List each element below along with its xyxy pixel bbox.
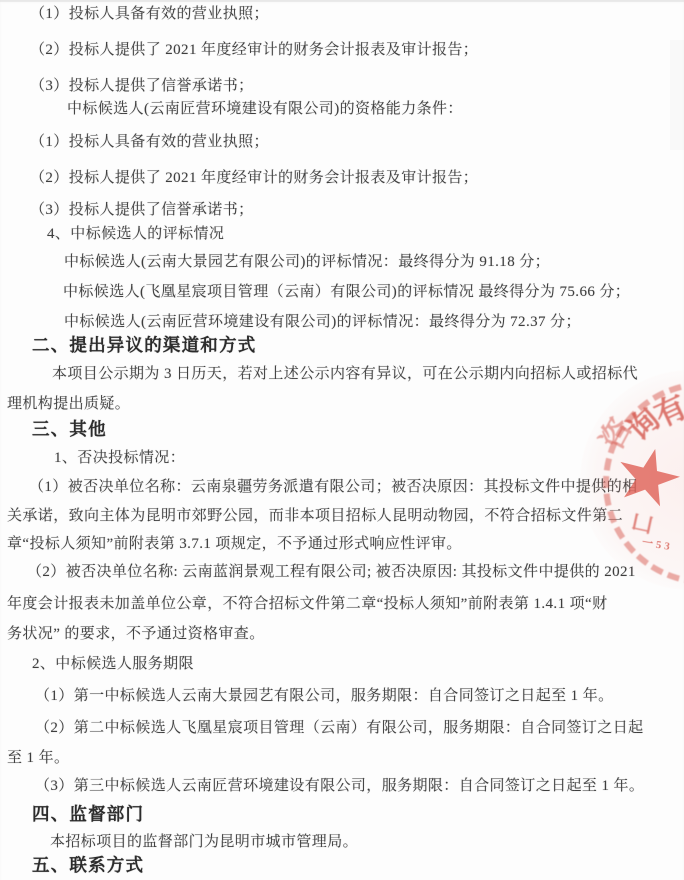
doc-line: 关承诺，致向主体为昆明市郊野公园，而非本项目招标人昆明动物园，不符合招标文件第二 bbox=[7, 508, 623, 525]
seal-arc-text: 有 bbox=[646, 382, 684, 436]
seal-number: 一53 bbox=[641, 534, 674, 555]
section-heading: 四、监督部门 bbox=[32, 806, 144, 823]
doc-line: （2）被否决单位名称: 云南蓝润景观工程有限公司; 被否决原因: 其投标文件中提… bbox=[27, 564, 636, 581]
doc-subheading: 1、否决投标情况： bbox=[54, 450, 185, 467]
star-icon bbox=[610, 441, 684, 515]
doc-line: 本项目公示期为 3 日历天，若对上述公示内容有异议，可在公示期内向招标人或招标代 bbox=[52, 366, 638, 383]
doc-line: （2）投标人提供了 2021 年度经审计的财务会计报表及审计报告； bbox=[30, 42, 478, 59]
doc-line: （1）第一中标候选人云南大景园艺有限公司，服务期限：自合同签订之日起至 1 年。 bbox=[35, 688, 614, 705]
scanned-notice-page: （1）投标人具备有效的营业执照； （2）投标人提供了 2021 年度经审计的财务… bbox=[0, 0, 684, 880]
doc-line: （3）投标人提供了信誉承诺书； bbox=[30, 202, 254, 219]
doc-line: 务状况” 的要求，不予通过资格审查。 bbox=[7, 626, 265, 643]
seal-arc-text: 询 bbox=[615, 396, 669, 450]
doc-line: （1）投标人具备有效的营业执照； bbox=[30, 134, 269, 151]
doc-line: 至 1 年。 bbox=[7, 750, 69, 767]
doc-subheading: 4、中标候选人的评标情况 bbox=[47, 226, 224, 243]
doc-line: 中标候选人(云南大景园艺有限公司)的评标情况：最终得分为 91.18 分； bbox=[64, 254, 550, 271]
section-heading: 二、提出异议的渠道和方式 bbox=[32, 337, 256, 354]
doc-line: （2）投标人提供了 2021 年度经审计的财务会计报表及审计报告； bbox=[30, 170, 478, 187]
doc-line: 理机构提出质疑。 bbox=[7, 396, 130, 413]
section-heading: 三、其他 bbox=[32, 421, 107, 438]
doc-line: （3）投标人提供了信誉承诺书； bbox=[30, 78, 254, 95]
doc-line: 中标候选人(云南匠营环境建设有限公司)的资格能力条件： bbox=[67, 101, 463, 118]
doc-line: 章“投标人须知”前附表第 3.7.1 项规定，不予通过形式响应性评审。 bbox=[7, 536, 462, 553]
seal-arc-text: 咨 bbox=[586, 408, 640, 456]
doc-line: （2）第二中标候选人飞凰星宸项目管理（云南）有限公司，服务期限：自合同签订之日起 bbox=[35, 720, 644, 737]
doc-line: （1）被否决单位名称：云南泉疆劳务派遣有限公司；被否决原因：其投标文件中提供的相 bbox=[29, 479, 638, 496]
scan-artifact bbox=[0, 0, 684, 2]
scan-artifact bbox=[670, 40, 684, 150]
doc-line: 年度会计报表未加盖单位公章，不符合招标文件第二章“投标人须知”前附表第 1.4.… bbox=[7, 596, 607, 613]
doc-line: （1）投标人具备有效的营业执照； bbox=[30, 6, 269, 23]
doc-subheading: 2、中标候选人服务期限 bbox=[32, 656, 194, 673]
doc-line: （3）第三中标候选人云南匠营环境建设有限公司，服务期限：自合同签订之日起至 1 … bbox=[35, 778, 644, 795]
section-heading: 五、联系方式 bbox=[32, 857, 144, 874]
seal-partial-glyph: ⼐ bbox=[629, 506, 656, 540]
doc-line: 中标候选人(飞凰星宸项目管理（云南）有限公司)的评标情况 最终得分为 75.66… bbox=[63, 284, 630, 301]
doc-line: 中标候选人(云南匠营环境建设有限公司)的评标情况：最终得分为 72.37 分； bbox=[64, 314, 581, 331]
doc-line: 本招标项目的监督部门为昆明市城市管理局。 bbox=[50, 834, 358, 851]
